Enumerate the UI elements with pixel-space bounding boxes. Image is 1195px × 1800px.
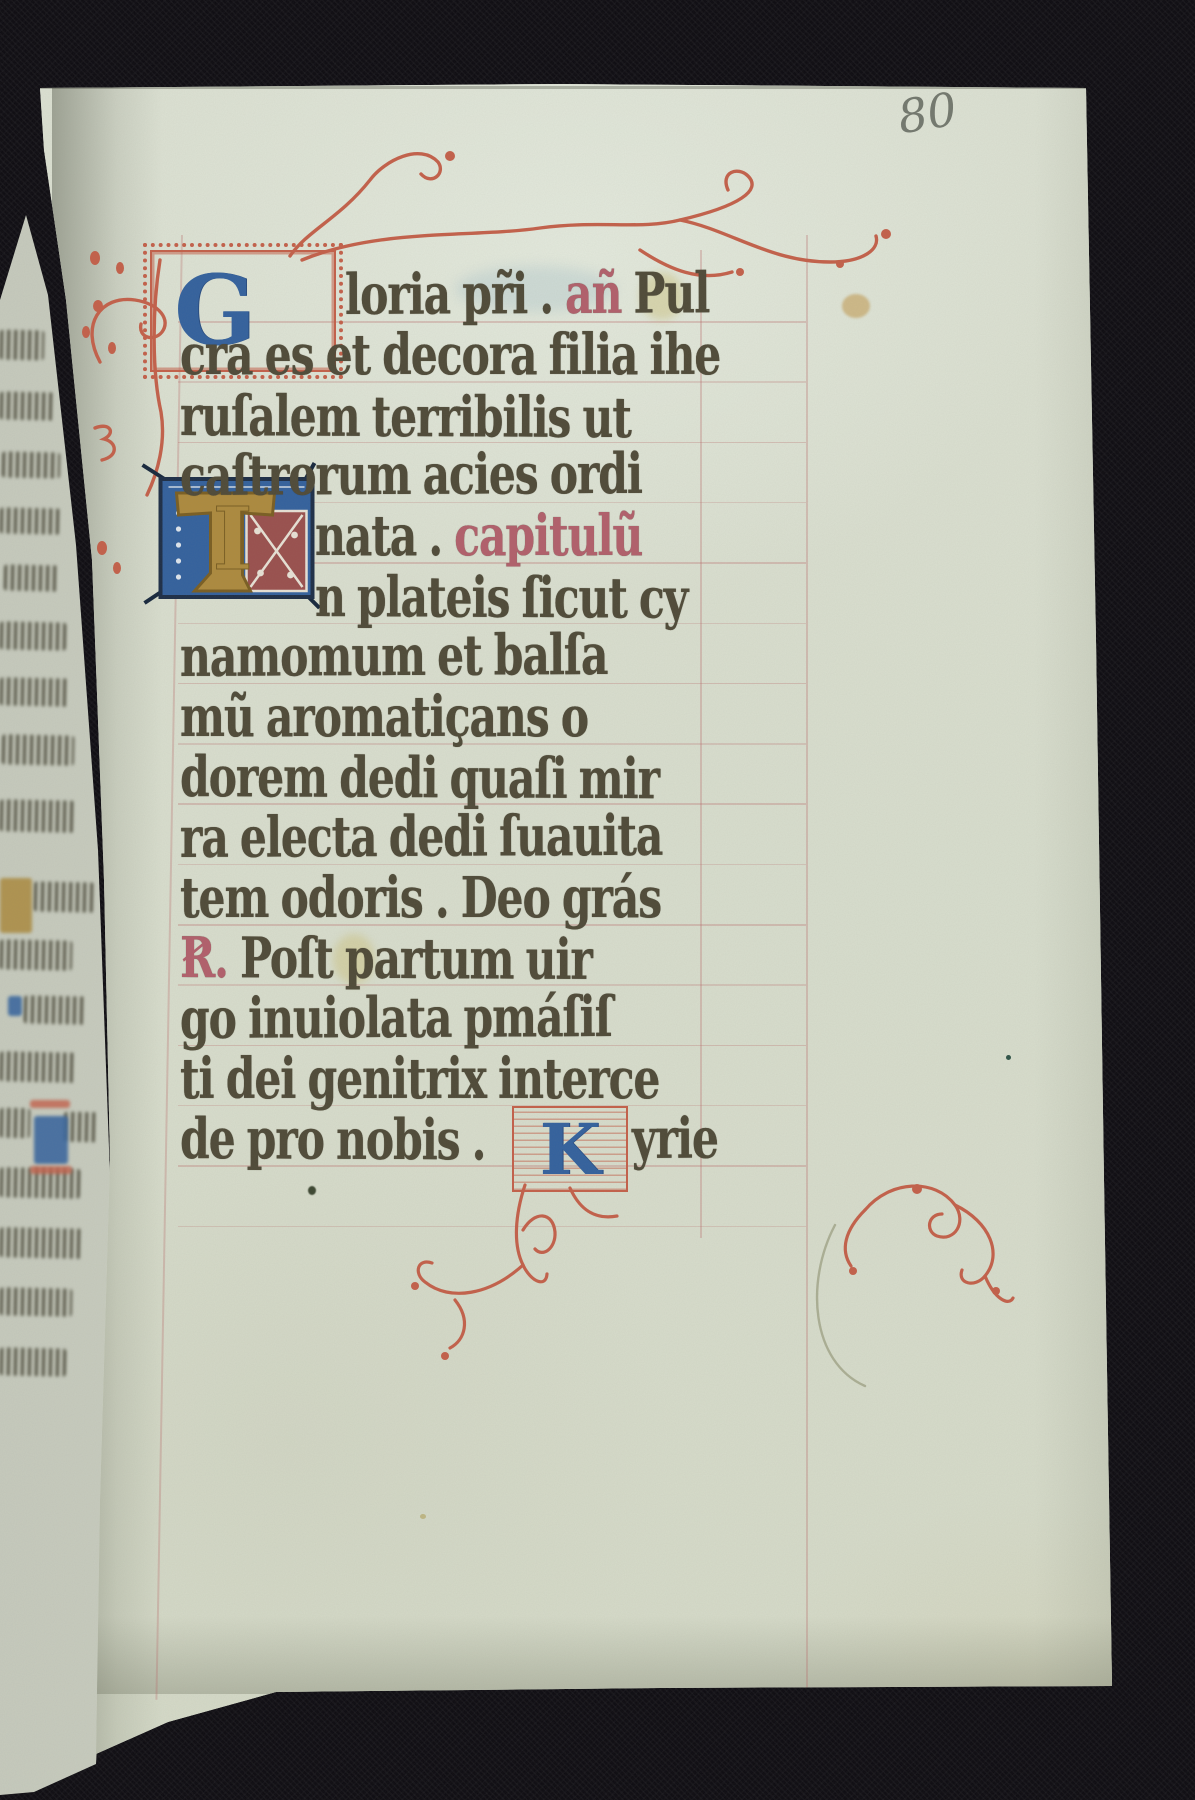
text-segment: loria pr̃i . (345, 261, 565, 328)
text-line: de pro nobis . (180, 1106, 486, 1173)
text-line: ti dei genitrix interce (180, 1046, 659, 1112)
text-segment: nata . (315, 503, 454, 569)
text-segment: go inuiolata pmáſiſ (180, 984, 612, 1052)
text-line: namomum et balſa (180, 622, 608, 690)
text-segment: caſtrorum acies ordi (180, 441, 642, 509)
text-segment: de pro nobis . (180, 1106, 486, 1173)
text-line: loria pr̃i . añ Pul (345, 260, 709, 328)
text-segment: namomum et balſa (180, 622, 608, 690)
rubric-segment: añ (565, 261, 621, 327)
text-line: caſtrorum acies ordi (180, 441, 642, 509)
text-segment: Poſt partum uir (228, 926, 592, 994)
manuscript-photo: G I loria pr̃i . añ Pulcra es et decora … (0, 0, 1195, 1800)
text-segment: cra es et decora filia ihe (180, 322, 720, 388)
text-line: ra electa dedi ſuauita (180, 802, 662, 870)
text-line: go inuiolata pmáſiſ (180, 984, 612, 1052)
text-segment: n plateis ſicut cy (315, 564, 688, 632)
text-line: R. Poſt partum uir (180, 925, 592, 993)
text-segment: ti dei genitrix interce (180, 1046, 659, 1112)
rubric-segment: R. (180, 925, 228, 991)
text-line: nata . capitulũ (315, 503, 642, 569)
text-line: tem odoris . Deo grás (180, 865, 661, 931)
small-fleck (420, 1514, 426, 1519)
text-line: yrie (632, 1106, 718, 1172)
rubric-segment: capitulũ (454, 503, 642, 569)
manuscript-page: G I loria pr̃i . añ Pulcra es et decora … (0, 0, 1195, 1800)
text-line: mũ aromatiçans o (180, 684, 588, 750)
text-segment: Pul (621, 260, 709, 326)
text-line: cra es et decora filia ihe (180, 322, 720, 388)
text-segment: yrie (632, 1106, 718, 1172)
text-line: n plateis ſicut cy (315, 564, 688, 632)
dark-speck (308, 1186, 316, 1195)
folio-number: 80 (894, 82, 960, 144)
teal-speck (1006, 1055, 1011, 1060)
penwork-flourish-bottom (395, 1170, 1015, 1480)
text-segment: mũ aromatiçans o (180, 684, 588, 750)
page-bottom-shade (90, 1616, 1114, 1694)
text-segment: tem odoris . Deo grás (180, 865, 661, 931)
text-segment: ra electa dedi ſuauita (180, 802, 662, 870)
